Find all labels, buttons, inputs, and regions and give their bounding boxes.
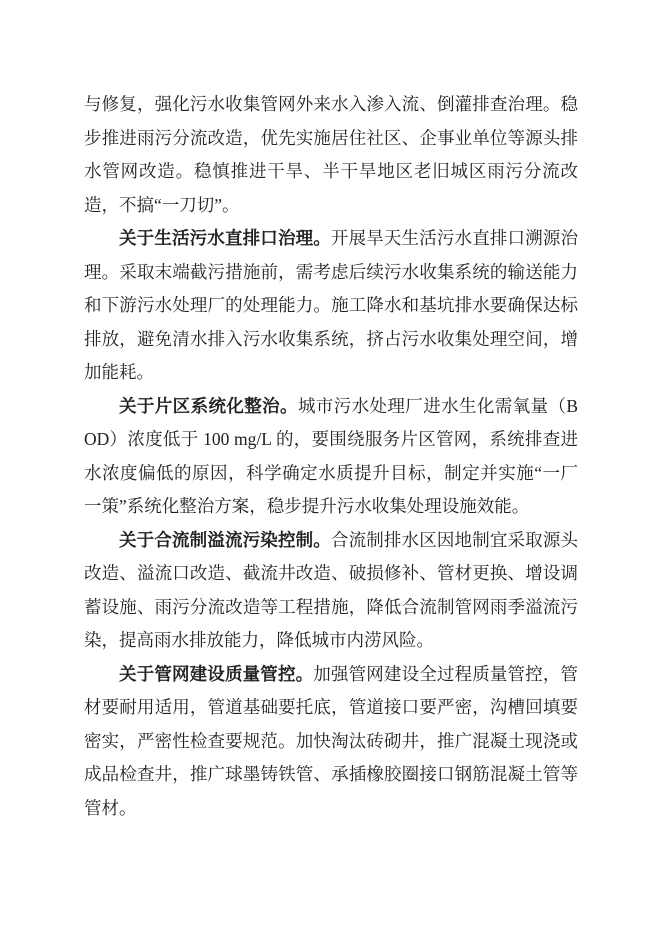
paragraph-body: 加强管网建设全过程质量管控，管材要耐用适用，管道基础要托底，管道接口要严密，沟槽… — [84, 664, 578, 818]
paragraph-lead: 关于片区系统化整治。 — [119, 396, 298, 416]
paragraph-direct-discharge-control: 关于生活污水直排口治理。开展旱天生活污水直排口溯源治理。采取末端截污措施前，需考… — [84, 222, 578, 390]
paragraph-network-construction-quality: 关于管网建设质量管控。加强管网建设全过程质量管控，管材要耐用适用，管道基础要托底… — [84, 658, 578, 826]
document-page: 与修复，强化污水收集管网外来水入渗入流、倒灌排查治理。稳步推进雨污分流改造，优先… — [0, 0, 663, 928]
paragraph-lead: 关于管网建设质量管控。 — [119, 664, 313, 684]
document-content: 与修复，强化污水收集管网外来水入渗入流、倒灌排查治理。稳步推进雨污分流改造，优先… — [84, 88, 578, 825]
paragraph-lead: 关于生活污水直排口治理。 — [119, 228, 331, 248]
paragraph-continuation: 与修复，强化污水收集管网外来水入渗入流、倒灌排查治理。稳步推进雨污分流改造，优先… — [84, 88, 578, 222]
paragraph-district-systematic-remediation: 关于片区系统化整治。城市污水处理厂进水生化需氧量（BOD）浓度低于 100 mg… — [84, 390, 578, 524]
paragraph-body: 开展旱天生活污水直排口溯源治理。采取末端截污措施前，需考虑后续污水收集系统的输送… — [84, 228, 578, 382]
paragraph-combined-sewer-overflow-control: 关于合流制溢流污染控制。合流制排水区因地制宜采取源头改造、溢流口改造、截流井改造… — [84, 524, 578, 658]
paragraph-lead: 关于合流制溢流污染控制。 — [119, 530, 331, 550]
paragraph-body: 与修复，强化污水收集管网外来水入渗入流、倒灌排查治理。稳步推进雨污分流改造，优先… — [84, 94, 578, 215]
